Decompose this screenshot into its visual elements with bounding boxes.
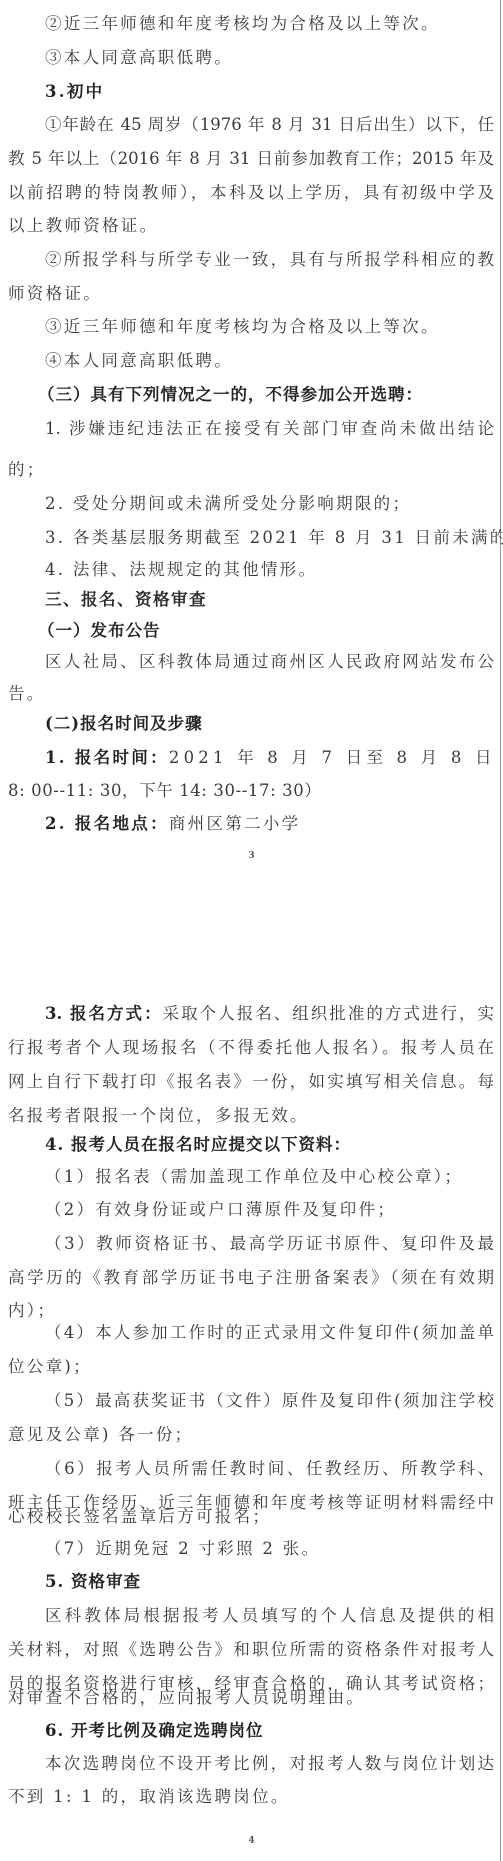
material-3-line-1: （3）教师资格证书、最高学历证书原件、复印件及最 xyxy=(45,1232,494,1256)
exclusion-2: 2. 受处分期间或未满所受处分影响期限的； xyxy=(45,492,494,516)
junior-criterion-4: ④本人同意高职低聘。 xyxy=(45,349,494,373)
registration-time-label: 1. 报名时间： xyxy=(45,748,169,767)
material-3-line-2: 高学历的《教育部学历证书电子注册备案表》（须在有效期 xyxy=(8,1266,494,1290)
heading-section-3: 三、报名、资格审查 xyxy=(45,588,494,612)
heading-materials: 4. 报考人员在报名时应提交以下资料： xyxy=(45,1133,494,1157)
heading-junior-middle: 3.初中 xyxy=(45,80,494,104)
heading-exclusions: （三）具有下列情况之一的，不得参加公开选聘： xyxy=(38,383,487,407)
method-label: 3. 报名方式： xyxy=(45,1004,163,1023)
registration-time-value: 2021 年 8 月 7 日至 8 月 8 日（上午 xyxy=(169,748,503,767)
junior-criterion-1-line-4: 以上教师资格证。 xyxy=(8,214,494,238)
ratio-line-1: 本次选聘岗位不设开考比例，对报考人数与岗位计划达 xyxy=(45,1752,494,1776)
material-4-line-2: 位公章)； xyxy=(8,1355,494,1379)
registration-time-line-1: 1. 报名时间：2021 年 8 月 7 日至 8 月 8 日（上午 xyxy=(45,746,494,770)
exclusion-1-line-1: 1. 涉嫌违纪违法正在接受有关部门审查尚未做出结论 xyxy=(45,417,494,441)
registration-location: 2. 报名地点：商州区第二小学 xyxy=(45,812,494,836)
page-number-3: 3 xyxy=(0,851,503,861)
exclusion-1-line-2: 的； xyxy=(8,458,494,482)
material-3-line-3: 内）； xyxy=(8,1299,494,1323)
junior-criterion-1-line-3: 以前招聘的特岗教师），本科及以上学历，具有初级中学及 xyxy=(8,181,494,205)
material-7: （7）近期免冠 2 寸彩照 2 张。 xyxy=(45,1537,494,1561)
junior-criterion-1-line-2: 教 5 年以上（2016 年 8 月 31 日前参加教育工作；2015 年及 xyxy=(8,147,494,171)
senior-criterion-2: ②近三年师德和年度考核均为合格及以上等次。 xyxy=(45,12,494,36)
heading-registration-time-steps: (二)报名时间及步骤 xyxy=(45,712,494,736)
review-line-1: 区科教体局根据报考人员填写的个人信息及提供的相 xyxy=(45,1604,494,1628)
senior-criterion-3: ③本人同意高职低聘。 xyxy=(45,46,494,70)
registration-time-line-2: 8: 00--11: 30，下午 14: 30--17: 30） xyxy=(8,779,494,803)
material-6-line-1: （6）报考人员所需任教时间、任教经历、所教学科、 xyxy=(45,1457,494,1481)
heading-exam-ratio: 6. 开考比例及确定选聘岗位 xyxy=(45,1719,494,1743)
review-line-2: 关材料，对照《选聘公告》和职位所需的资格条件对报考人 xyxy=(8,1638,494,1662)
registration-location-value: 商州区第二小学 xyxy=(169,814,301,833)
material-5-line-2: 意见及公章) 各一份； xyxy=(8,1423,494,1447)
announcement-line-1: 区人社局、区科教体局通过商州区人民政府网站发布公 xyxy=(45,650,494,674)
registration-location-label: 2. 报名地点： xyxy=(45,814,169,833)
material-6-line-3: 心校校长签名盖章后方可报名； xyxy=(8,1505,494,1529)
heading-qualification-review: 5. 资格审查 xyxy=(45,1570,494,1594)
method-line-3: 网上自行下载打印《报名表》一份，如实填写相关信息。每 xyxy=(8,1070,494,1094)
material-1: （1）报名表（需加盖现工作单位及中心校公章）； xyxy=(45,1165,494,1189)
junior-criterion-1-line-1: ①年龄在 45 周岁（1976 年 8 月 31 日后出生）以下，任 xyxy=(45,113,494,137)
method-line-4: 名报考者限报一个岗位，多报无效。 xyxy=(8,1104,494,1128)
announcement-line-2: 告。 xyxy=(8,682,494,706)
method-line-1: 3. 报名方式：采取个人报名、组织批准的方式进行，实 xyxy=(45,1002,494,1026)
junior-criterion-3: ③近三年师德和年度考核均为合格及以上等次。 xyxy=(45,315,494,339)
page-number-4: 4 xyxy=(0,1836,503,1846)
method-line-2: 行报考者个人现场报名（不得委托他人报名）。报考人员在 xyxy=(8,1036,494,1060)
exclusion-3: 3. 各类基层服务期截至 2021 年 8 月 31 日前未满的； xyxy=(45,526,494,550)
heading-announcement: （一）发布公告 xyxy=(38,619,487,643)
exclusion-4: 4. 法律、法规规定的其他情形。 xyxy=(45,558,494,582)
material-4-line-1: （4）本人参加工作时的正式录用文件复印件(须加盖单 xyxy=(45,1321,494,1345)
material-2: （2）有效身份证或户口薄原件及复印件； xyxy=(45,1198,494,1222)
method-text: 采取个人报名、组织批准的方式进行，实 xyxy=(163,1004,494,1023)
page-edge-line xyxy=(500,0,501,1861)
review-line-4: 对审查不合格的，应向报考人员说明理由。 xyxy=(8,1686,494,1710)
material-5-line-1: （5）最高获奖证书（文件）原件及复印件(须加注学校 xyxy=(45,1389,494,1413)
junior-criterion-2-line-1: ②所报学科与所学专业一致，具有与所报学科相应的教 xyxy=(45,248,494,272)
junior-criterion-2-line-2: 师资格证。 xyxy=(8,282,494,306)
ratio-line-2: 不到 1: 1 的，取消该选聘岗位。 xyxy=(8,1785,494,1809)
